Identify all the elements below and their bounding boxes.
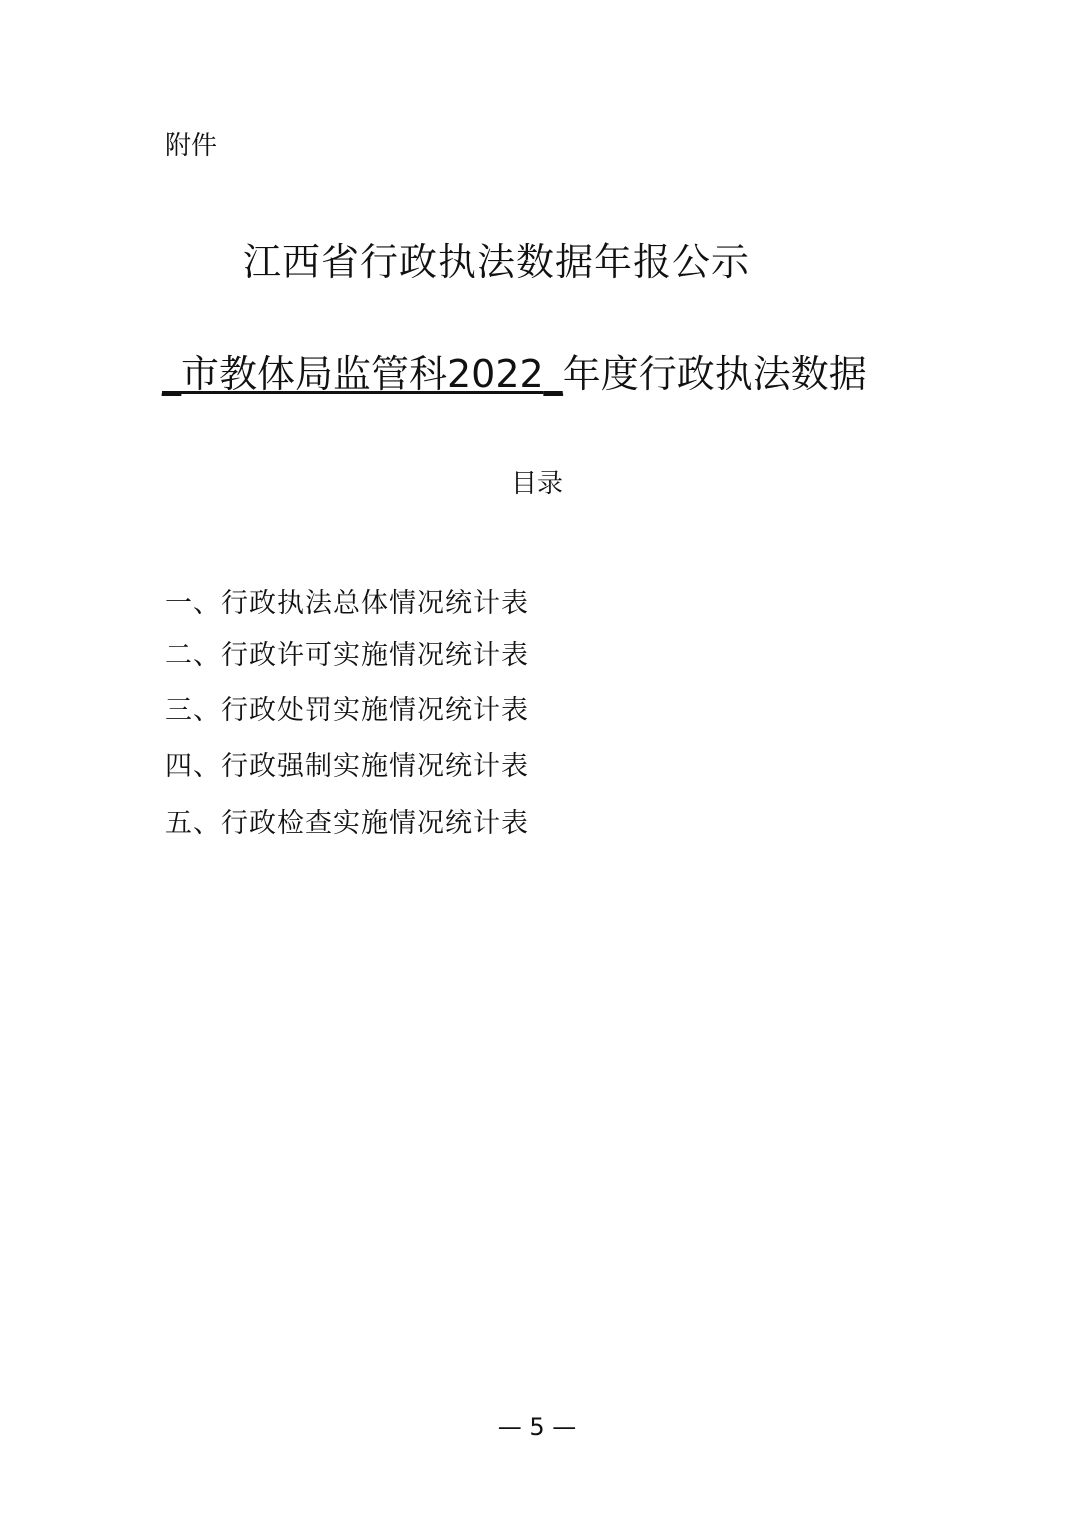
page-number: — 5 — xyxy=(0,1410,1074,1444)
attachment-label: 附件 xyxy=(165,128,217,164)
subtitle-blank-prefix: _ xyxy=(162,352,181,396)
toc-item: 四、行政强制实施情况统计表 xyxy=(165,749,529,785)
toc-heading: 目录 xyxy=(0,466,1074,502)
subtitle-rest: 年度行政执法数据 xyxy=(563,352,867,396)
toc-item: 三、行政处罚实施情况统计表 xyxy=(165,693,529,729)
table-of-contents: 一、行政执法总体情况统计表 二、行政许可实施情况统计表 三、行政处罚实施情况统计… xyxy=(165,586,529,842)
toc-item: 一、行政执法总体情况统计表 xyxy=(165,586,529,622)
document-subtitle: _市教体局监管科2022_年度行政执法数据 xyxy=(162,350,867,398)
subtitle-unit-year: 市教体局监管科2022 xyxy=(181,352,544,396)
subtitle-blank-suffix: _ xyxy=(544,352,563,396)
toc-item: 五、行政检查实施情况统计表 xyxy=(165,806,529,842)
document-title: 江西省行政执法数据年报公示 xyxy=(243,238,750,286)
toc-item: 二、行政许可实施情况统计表 xyxy=(165,638,529,674)
